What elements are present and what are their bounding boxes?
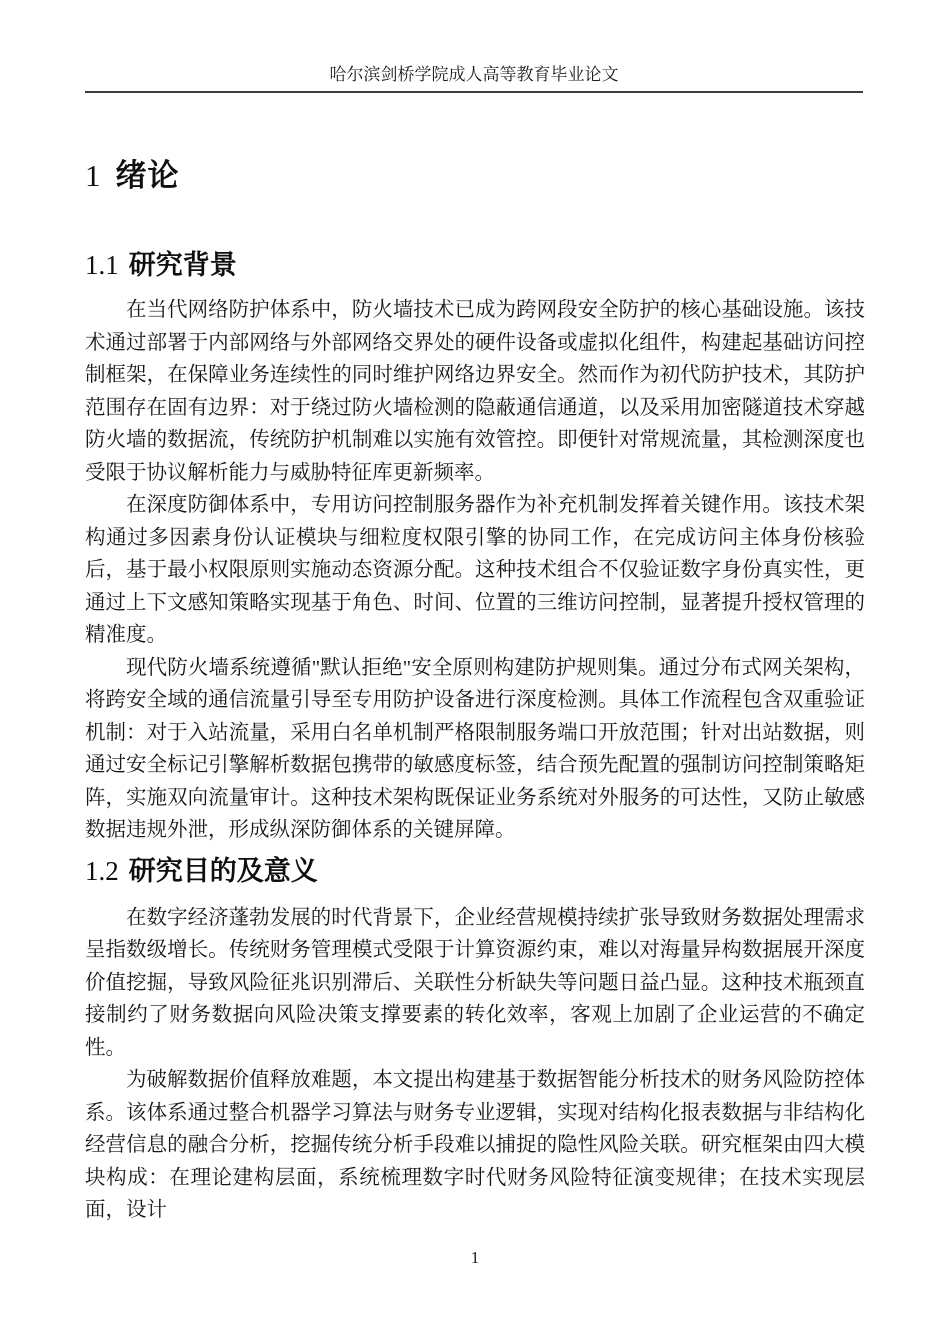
thesis-page: 哈尔滨剑桥学院成人高等教育毕业论文 1绪论 1.1研究背景 在当代网络防护体系中…: [0, 0, 950, 1344]
section-1-2-paragraph-1: 在数字经济蓬勃发展的时代背景下，企业经营规模持续扩张导致财务数据处理需求呈指数级…: [85, 902, 865, 1065]
section-1-1-title: 研究背景: [129, 250, 237, 280]
section-1-1-paragraph-2: 在深度防御体系中，专用访问控制服务器作为补充机制发挥着关键作用。该技术架构通过多…: [85, 489, 865, 652]
section-1-1-paragraph-1: 在当代网络防护体系中，防火墙技术已成为跨网段安全防护的核心基础设施。该技术通过部…: [85, 294, 865, 489]
section-1-1-number: 1.1: [85, 250, 119, 280]
page-content: 1绪论 1.1研究背景 在当代网络防护体系中，防火墙技术已成为跨网段安全防护的核…: [85, 0, 865, 1227]
section-1-2-title: 研究目的及意义: [129, 856, 318, 886]
section-1-2-number: 1.2: [85, 856, 119, 886]
chapter-title: 绪论: [116, 158, 180, 193]
chapter-number: 1: [85, 158, 102, 193]
section-1-2-paragraph-2: 为破解数据价值释放难题，本文提出构建基于数据智能分析技术的财务风险防控体系。该体…: [85, 1064, 865, 1227]
section-1-1-paragraph-3: 现代防火墙系统遵循"默认拒绝"安全原则构建防护规则集。通过分布式网关架构，将跨安…: [85, 652, 865, 847]
page-number: 1: [0, 1248, 950, 1268]
section-heading-1-2: 1.2研究目的及意义: [85, 855, 865, 888]
chapter-heading: 1绪论: [85, 157, 865, 194]
section-heading-1-1: 1.1研究背景: [85, 249, 865, 282]
